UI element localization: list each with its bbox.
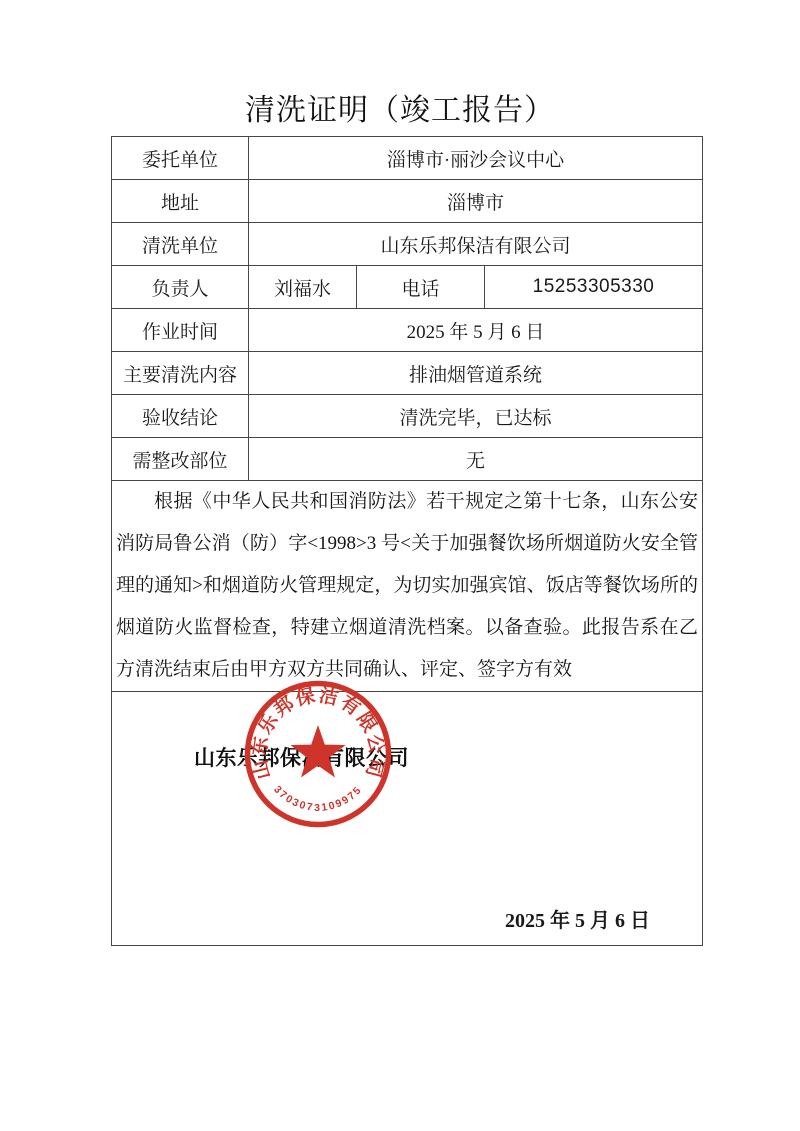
seal-star-icon [290,725,345,778]
field-label-client: 委托单位 [112,137,249,180]
field-label-phone: 电话 [357,266,485,309]
regulation-paragraph: 根据《中华人民共和国消防法》若干规定之第十七条，山东公安消防局鲁公消（防）字<1… [116,481,698,691]
cleaning-report-table: 委托单位 淄博市·丽沙会议中心 地址 淄博市 清洗单位 山东乐邦保洁有限公司 负… [111,136,703,946]
field-value-person-in-charge: 刘福水 [249,266,357,309]
field-value-cleaning-company: 山东乐邦保洁有限公司 [249,223,703,266]
company-seal-stamp: 山东乐邦保洁有限公司 3703073109975 [238,674,398,834]
field-value-address: 淄博市 [249,180,703,223]
field-label-acceptance-conclusion: 验收结论 [112,395,249,438]
table-row: 主要清洗内容 排油烟管道系统 [112,352,703,395]
signature-cell: 山东乐邦保洁有限公司 山东乐邦保洁有限公司 3703073109975 [112,692,703,946]
table-row: 需整改部位 无 [112,438,703,481]
field-value-work-date: 2025 年 5 月 6 日 [249,309,703,352]
field-label-rectification-parts: 需整改部位 [112,438,249,481]
table-row: 地址 淄博市 [112,180,703,223]
field-label-cleaning-company: 清洗单位 [112,223,249,266]
field-value-client: 淄博市·丽沙会议中心 [249,137,703,180]
field-value-acceptance-conclusion: 清洗完毕，已达标 [249,395,703,438]
field-label-work-date: 作业时间 [112,309,249,352]
table-row: 验收结论 清洗完毕，已达标 [112,395,703,438]
report-date: 2025 年 5 月 6 日 [505,904,650,933]
table-row-regulation-paragraph: 根据《中华人民共和国消防法》若干规定之第十七条，山东公安消防局鲁公消（防）字<1… [112,481,703,692]
field-label-person-in-charge: 负责人 [112,266,249,309]
field-value-rectification-parts: 无 [249,438,703,481]
table-row: 作业时间 2025 年 5 月 6 日 [112,309,703,352]
page-title: 清洗证明（竣工报告） [0,93,800,129]
table-row: 委托单位 淄博市·丽沙会议中心 [112,137,703,180]
field-label-cleaning-content: 主要清洗内容 [112,352,249,395]
regulation-paragraph-cell: 根据《中华人民共和国消防法》若干规定之第十七条，山东公安消防局鲁公消（防）字<1… [112,481,703,692]
table-row: 负责人 刘福水 电话 15253305330 [112,266,703,309]
field-value-phone: 15253305330 [485,266,703,309]
table-row: 清洗单位 山东乐邦保洁有限公司 [112,223,703,266]
svg-text:3703073109975: 3703073109975 [271,783,365,813]
field-label-address: 地址 [112,180,249,223]
field-value-cleaning-content: 排油烟管道系统 [249,352,703,395]
table-row-signature: 山东乐邦保洁有限公司 山东乐邦保洁有限公司 3703073109975 [112,692,703,946]
seal-registration-number: 3703073109975 [271,783,365,813]
